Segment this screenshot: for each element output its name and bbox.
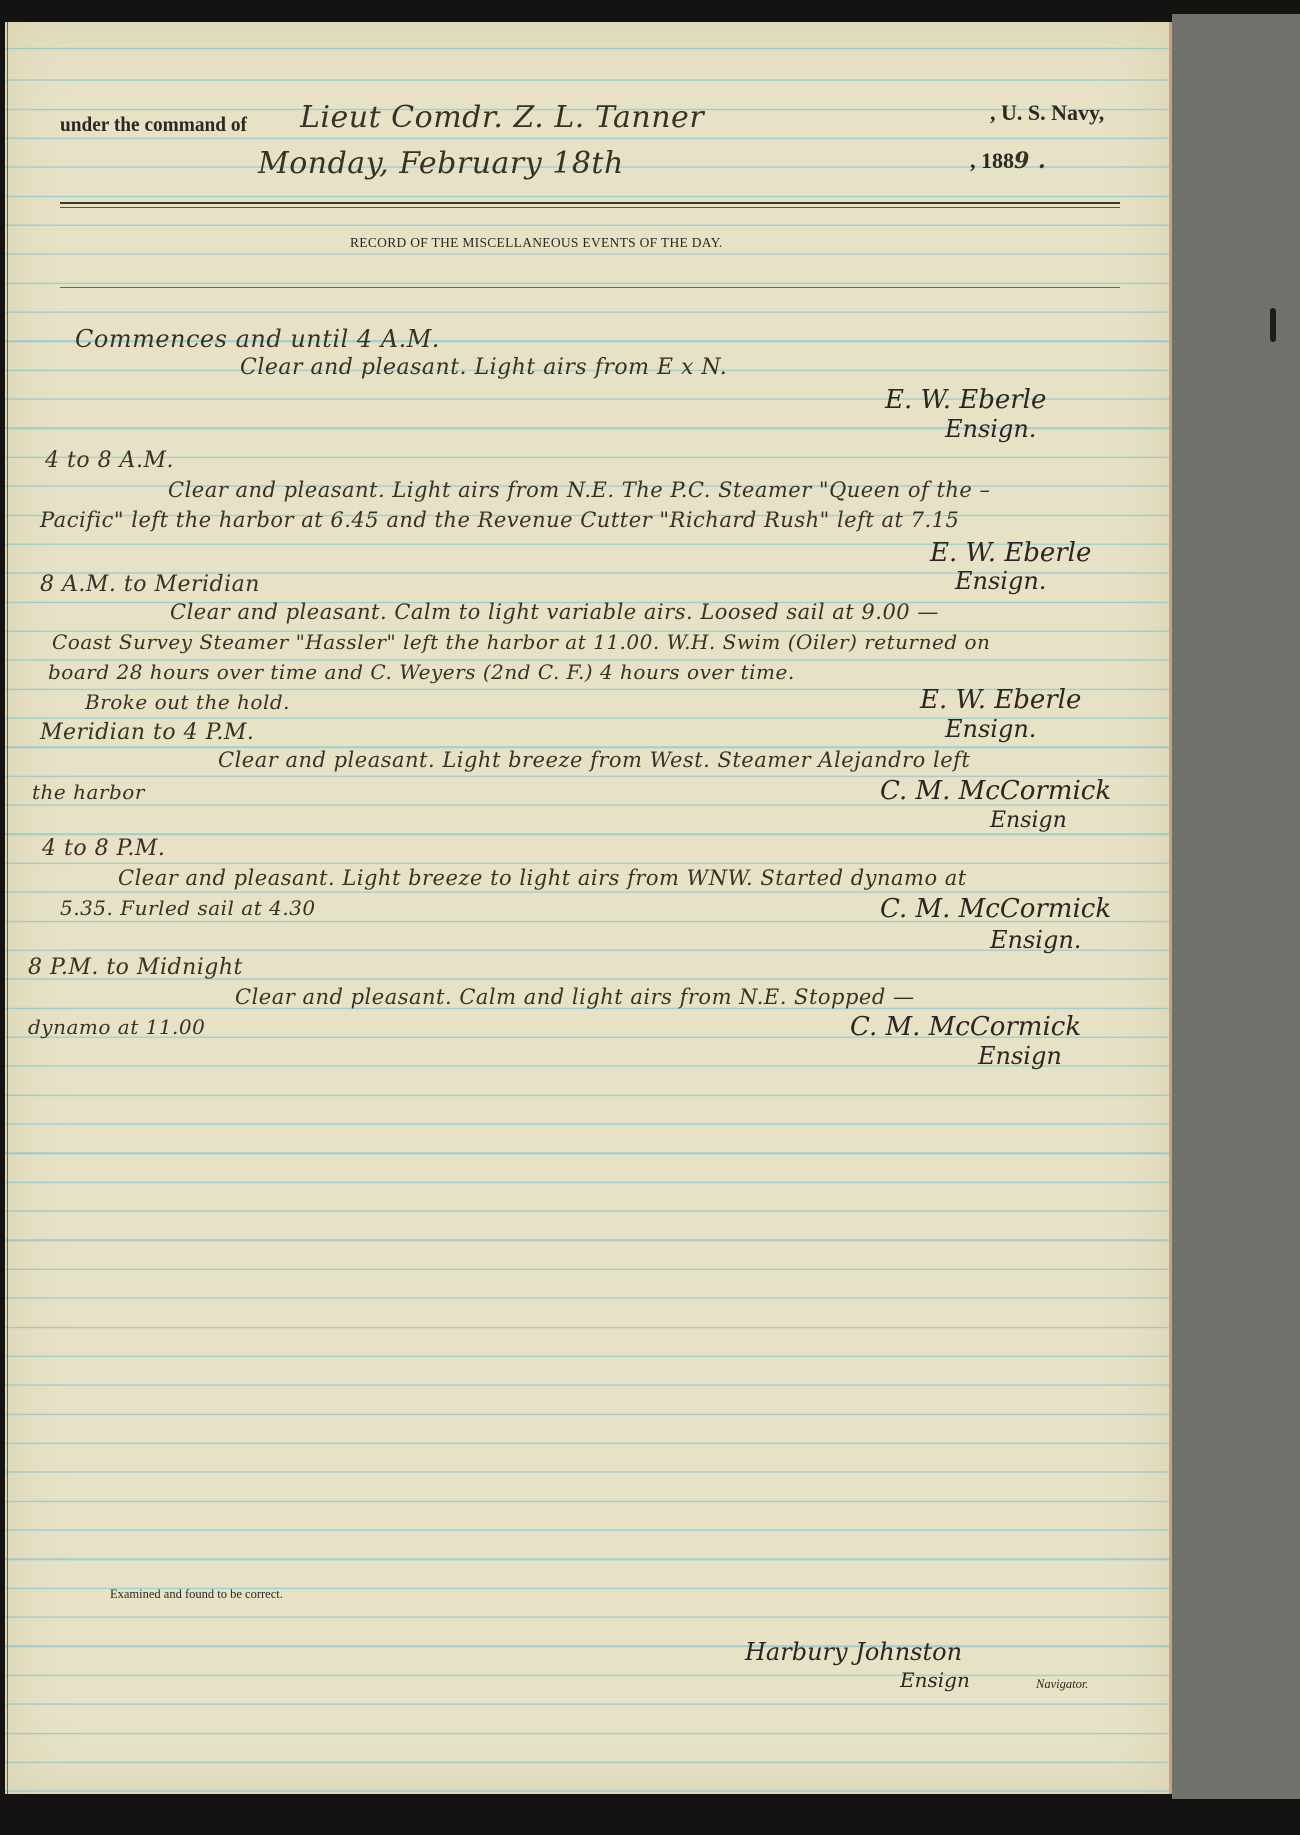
year-digit: 9 . xyxy=(1014,148,1046,174)
background-board xyxy=(1172,14,1300,1799)
signature-rank: Ensign. xyxy=(945,415,1036,443)
signature-rank: Ensign. xyxy=(990,926,1081,954)
page-margin-line xyxy=(7,22,8,1794)
signature: E. W. Eberle xyxy=(885,385,1046,415)
entry-line: Clear and pleasant. Calm to light variab… xyxy=(170,600,939,624)
entry-line: Clear and pleasant. Calm and light airs … xyxy=(235,985,914,1009)
command-label: under the command of xyxy=(60,112,247,137)
entry-line: Clear and pleasant. Light airs from E x … xyxy=(240,355,727,380)
header-double-rule xyxy=(60,202,1120,208)
signature-rank: Ensign. xyxy=(945,715,1036,743)
section-title: RECORD OF THE MISCELLANEOUS EVENTS OF TH… xyxy=(350,235,723,251)
signature: E. W. Eberle xyxy=(920,685,1081,715)
entry-line: Clear and pleasant. Light airs from N.E.… xyxy=(168,478,991,502)
signature: C. M. McCormick xyxy=(880,776,1111,806)
signature-rank: Ensign xyxy=(990,808,1067,833)
watch-heading: 4 to 8 P.M. xyxy=(42,836,165,861)
date-handwritten: Monday, February 18th xyxy=(258,146,624,181)
entry-line: Clear and pleasant. Light breeze to ligh… xyxy=(118,866,967,890)
section-title-rule xyxy=(60,287,1120,288)
signature: C. M. McCormick xyxy=(880,894,1111,924)
navigator-title: Navigator. xyxy=(1036,1677,1088,1692)
signature-rank: Ensign. xyxy=(955,567,1046,595)
navigator-signature: Harbury Johnston xyxy=(745,1638,962,1666)
entry-line: dynamo at 11.00 xyxy=(28,1015,205,1039)
service-label: , U. S. Navy, xyxy=(990,100,1104,126)
watch-heading: 4 to 8 A.M. xyxy=(45,448,174,473)
signature: C. M. McCormick xyxy=(850,1012,1081,1042)
navigator-rank: Ensign xyxy=(900,1668,970,1692)
board-mark xyxy=(1270,308,1276,342)
commander-name: Lieut Comdr. Z. L. Tanner xyxy=(300,100,704,135)
entry-line: 5.35. Furled sail at 4.30 xyxy=(60,896,316,920)
signature-rank: Ensign xyxy=(978,1042,1062,1070)
watch-heading: Meridian to 4 P.M. xyxy=(40,720,254,745)
watch-heading: Commences and until 4 A.M. xyxy=(75,325,440,353)
watch-heading: 8 P.M. to Midnight xyxy=(28,955,243,980)
watch-heading: 8 A.M. to Meridian xyxy=(40,572,260,597)
entry-line: Broke out the hold. xyxy=(85,690,290,714)
entry-line: Coast Survey Steamer "Hassler" left the … xyxy=(52,630,990,654)
entry-line: the harbor xyxy=(32,780,145,804)
entry-line: Pacific" left the harbor at 6.45 and the… xyxy=(40,508,959,532)
signature: E. W. Eberle xyxy=(930,538,1091,568)
examined-statement: Examined and found to be correct. xyxy=(110,1587,283,1602)
year-label: , 1889 . xyxy=(970,148,1046,174)
year-prefix: , 188 xyxy=(970,148,1014,173)
entry-line: Clear and pleasant. Light breeze from We… xyxy=(218,748,970,772)
entry-line: board 28 hours over time and C. Weyers (… xyxy=(48,660,795,684)
